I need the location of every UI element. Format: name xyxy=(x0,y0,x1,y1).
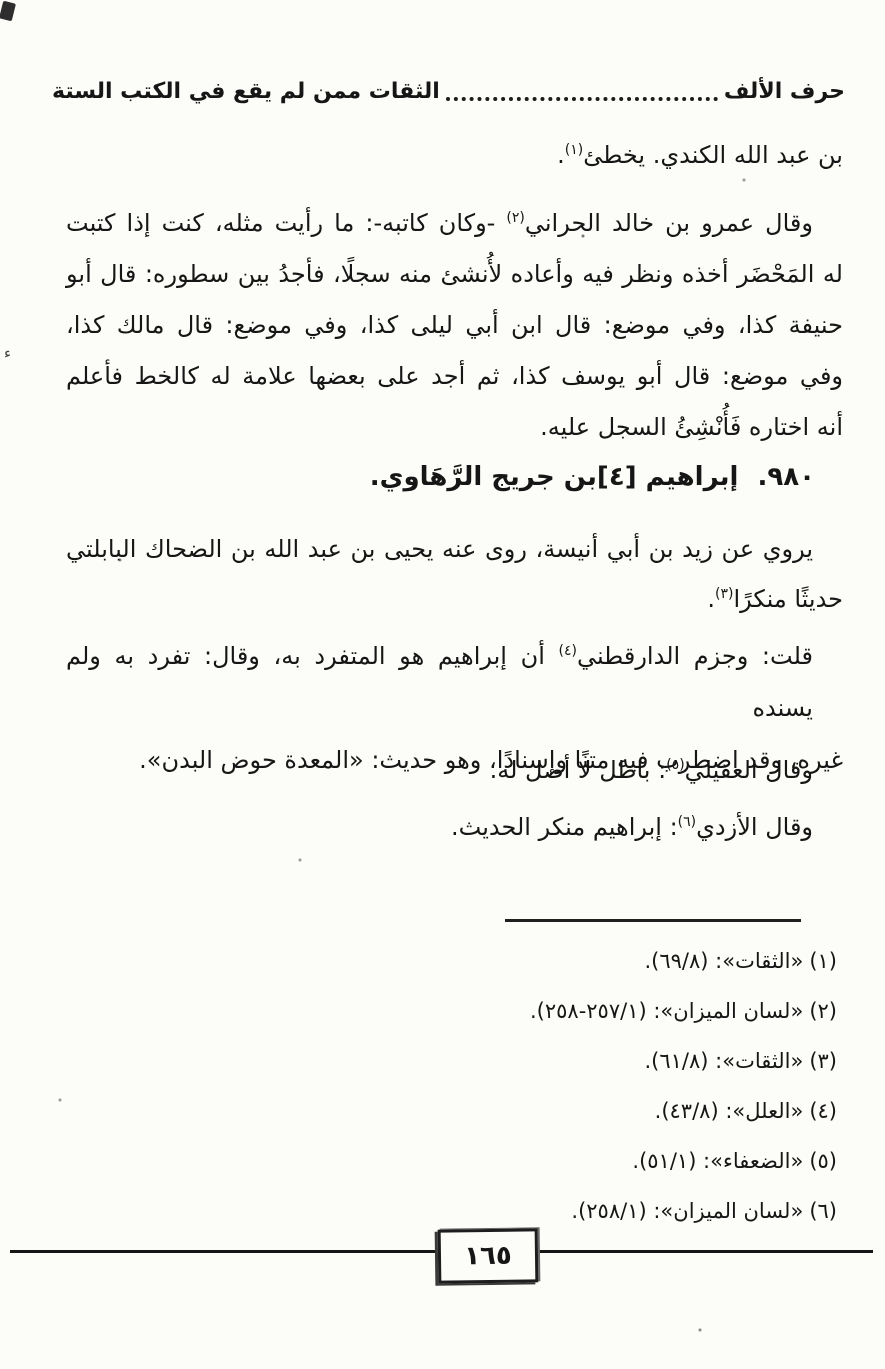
footnote-marker: (٤) xyxy=(809,1099,837,1123)
paragraph-narration: يروي عن زيد بن أبي أنيسة، روى عنه يحيى ب… xyxy=(66,524,843,624)
body-text: قلت: وجزم الدارقطني xyxy=(577,642,813,670)
paragraph-azdi: وقال الأزدي(٦): إبراهيم منكر الحديث. xyxy=(66,802,843,853)
body-line: وفي موضع: قال أبو يوسف كذا، ثم أجد على ب… xyxy=(66,351,843,402)
footnote-ref-4: (٤) xyxy=(558,643,576,659)
footnote-ref-5: (٥) xyxy=(666,757,684,773)
paragraph-continuation: بن عبد الله الكندي. يخطئ(١). xyxy=(66,130,843,181)
book-page: ء حرف الألف الثقات ممن لم يقع في الكتب ا… xyxy=(0,0,885,1369)
body-text: : باطل لا أصل له. xyxy=(490,756,667,784)
body-text: : إبراهيم منكر الحديث. xyxy=(451,813,678,841)
footnote-marker: (٣) xyxy=(809,1049,837,1073)
footnote-marker: (٢) xyxy=(809,999,837,1023)
footnote-marker: (٥) xyxy=(809,1149,837,1173)
body-line: حنيفة كذا، وفي موضع: قال ابن أبي ليلى كذ… xyxy=(66,300,843,351)
footnote-ref-3: (٣) xyxy=(715,586,733,602)
body-text: . xyxy=(707,585,715,613)
footnote-item: (٥)«الضعفاء»: (٥١/١). xyxy=(66,1136,837,1186)
body-line: له المَحْضَر أخذه ونظر فيه وأعاده لأُنشئ… xyxy=(66,249,843,300)
footnote-separator xyxy=(505,919,801,922)
stray-mark: ء xyxy=(4,344,11,362)
body-line: وقال الأزدي(٦): إبراهيم منكر الحديث. xyxy=(66,802,843,853)
body-text: بن عبد الله الكندي. يخطئ xyxy=(583,141,843,169)
page-number-box: ١٦٥ xyxy=(438,1228,539,1283)
paragraph-uqayli: وقال العقيلي(٥): باطل لا أصل له. xyxy=(66,745,843,796)
scan-smudge xyxy=(0,1,16,22)
body-line: بن عبد الله الكندي. يخطئ(١). xyxy=(66,130,843,181)
running-header: حرف الألف الثقات ممن لم يقع في الكتب الس… xyxy=(52,74,845,110)
header-book-title: الثقات ممن لم يقع في الكتب الستة xyxy=(52,74,440,110)
footnote-ref-2: (٢) xyxy=(506,210,524,226)
footnote-text: «لسان الميزان»: (٢٥٧/١-٢٥٨). xyxy=(530,999,803,1023)
body-line: قلت: وجزم الدارقطني(٤) أن إبراهيم هو الم… xyxy=(66,630,843,734)
footnote-marker: (٦) xyxy=(809,1199,837,1223)
body-text: وقال العقيلي xyxy=(685,756,813,784)
entry-heading: ٩٨٠. إبراهيم [٤]بن جريج الرَّهَاوي. xyxy=(66,455,843,499)
header-chapter-title: حرف الألف xyxy=(724,74,845,110)
footnote-text: «لسان الميزان»: (٢٥٨/١). xyxy=(571,1199,803,1223)
entry-number: ٩٨٠. xyxy=(758,462,816,492)
body-line: يروي عن زيد بن أبي أنيسة، روى عنه يحيى ب… xyxy=(66,524,843,574)
footnote-ref-6: (٦) xyxy=(678,814,696,830)
page-number: ١٦٥ xyxy=(464,1241,512,1272)
entry-name: إبراهيم [٤]بن جريج الرَّهَاوي. xyxy=(370,462,739,492)
footnote-text: «الضعفاء»: (٥١/١). xyxy=(632,1149,803,1173)
body-line: وقال العقيلي(٥): باطل لا أصل له. xyxy=(66,745,843,796)
body-text: حديثًا منكرًا xyxy=(733,585,843,613)
body-line: حديثًا منكرًا(٣). xyxy=(66,574,843,624)
footnote-item: (٤)«العلل»: (٤٣/٨). xyxy=(66,1086,837,1136)
footnote-text: «العلل»: (٤٣/٨). xyxy=(655,1099,804,1123)
paragraph-harrani-quote: وقال عمرو بن خالد الحراني(٢) -وكان كاتبه… xyxy=(66,198,843,453)
body-text: وقال عمرو بن خالد الحراني xyxy=(525,209,813,237)
footnote-item: (٢)«لسان الميزان»: (٢٥٧/١-٢٥٨). xyxy=(66,986,837,1036)
body-line: أنه اختاره فَأُنْشِئُ السجل عليه. xyxy=(66,402,843,453)
body-text: . xyxy=(557,141,565,169)
body-line: وقال عمرو بن خالد الحراني(٢) -وكان كاتبه… xyxy=(66,198,843,249)
footnote-marker: (١) xyxy=(809,949,837,973)
header-dotted-leader xyxy=(446,97,718,101)
footnotes-section: (١)«الثقات»: (٦٩/٨). (٢)«لسان الميزان»: … xyxy=(66,936,837,1236)
body-text: -وكان كاتبه-: ما رأيت مثله، كنت إذا كتبت xyxy=(66,209,506,237)
footnote-item: (٣)«الثقات»: (٦١/٨). xyxy=(66,1036,837,1086)
body-text: وقال الأزدي xyxy=(696,813,813,841)
footnote-text: «الثقات»: (٦٩/٨). xyxy=(645,949,804,973)
footnote-item: (١)«الثقات»: (٦٩/٨). xyxy=(66,936,837,986)
footnote-text: «الثقات»: (٦١/٨). xyxy=(645,1049,804,1073)
footnote-ref-1: (١) xyxy=(565,142,583,158)
